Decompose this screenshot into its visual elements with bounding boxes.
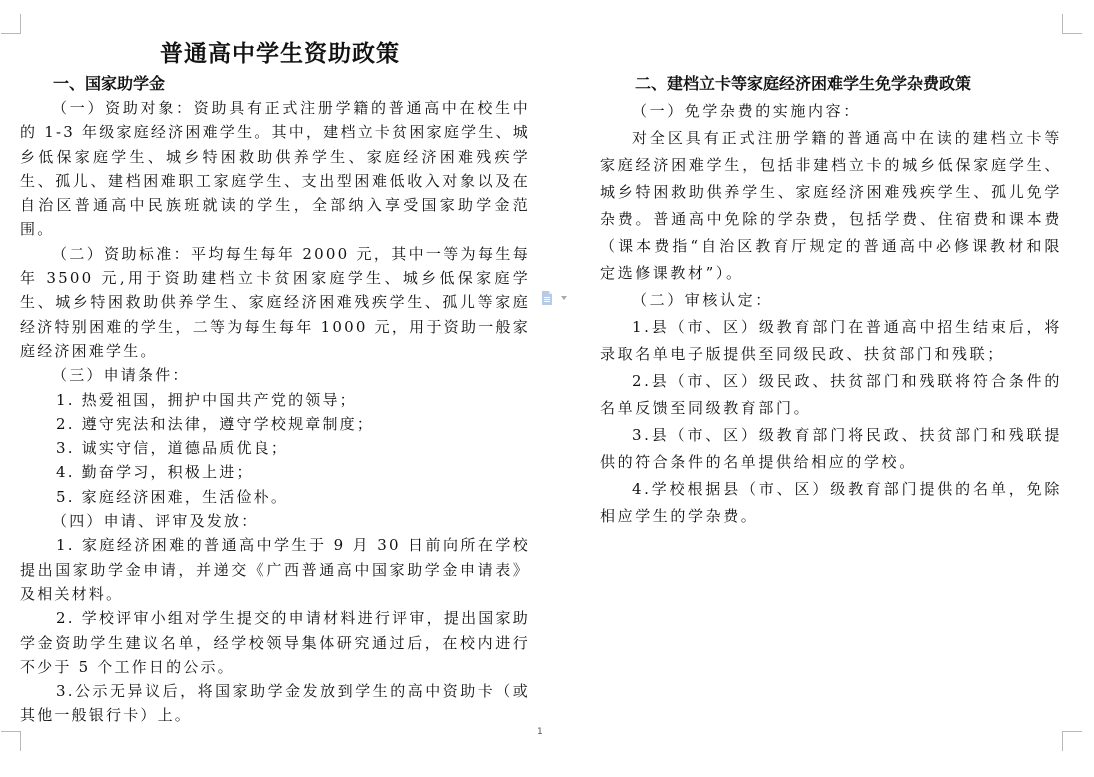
margin-corner-bottom-right [1062, 731, 1082, 751]
sub-heading-review: （二）审核认定： [600, 287, 1062, 314]
sub-heading-content: （一）免学杂费的实施内容： [600, 98, 1062, 125]
section-heading-fee-exemption: 二、建档立卡等家庭经济困难学生免学杂费政策 [600, 70, 1062, 98]
paragraph-apply-heading: （四）申请、评审及发放： [20, 509, 530, 533]
document-note-icon[interactable] [541, 291, 553, 305]
section-heading-national-grant: 一、国家助学金 [20, 72, 530, 96]
review-step: 3.县（市、区）级教育部门将民政、扶贫部门和残联提供的符合条件的名单提供给相应的… [600, 422, 1062, 476]
condition-item: 4. 勤奋学习，积极上进； [20, 460, 530, 484]
condition-item: 5. 家庭经济困难，生活俭朴。 [20, 485, 530, 509]
condition-item: 2. 遵守宪法和法律，遵守学校规章制度； [20, 412, 530, 436]
apply-step: 3.公示无异议后，将国家助学金发放到学生的高中资助卡（或其他一般银行卡）上。 [20, 679, 530, 728]
review-step: 1.县（市、区）级教育部门在普通高中招生结束后，将录取名单电子版提供至同级民政、… [600, 314, 1062, 368]
paragraph-exemption-content: 对全区具有正式注册学籍的普通高中在读的建档立卡等家庭经济困难学生，包括非建档立卡… [600, 125, 1062, 287]
margin-corner-top-left [1, 14, 21, 34]
paragraph-eligibility: （一）资助对象：资助具有正式注册学籍的普通高中在校生中的 1-3 年级家庭经济困… [20, 96, 530, 242]
review-step: 4.学校根据县（市、区）级教育部门提供的名单，免除相应学生的学杂费。 [600, 476, 1062, 530]
page-number: 1 [537, 727, 543, 737]
margin-corner-bottom-left [1, 731, 21, 751]
paragraph-conditions-heading: （三）申请条件： [20, 363, 530, 387]
apply-step: 1. 家庭经济困难的普通高中学生于 9 月 30 日前向所在学校提出国家助学金申… [20, 533, 530, 606]
document-title: 普通高中学生资助政策 [30, 36, 530, 72]
condition-item: 1. 热爱祖国，拥护中国共产党的领导； [20, 388, 530, 412]
right-column: 二、建档立卡等家庭经济困难学生免学杂费政策 （一）免学杂费的实施内容： 对全区具… [600, 70, 1062, 530]
margin-corner-top-right [1062, 14, 1082, 34]
condition-item: 3. 诚实守信，道德品质优良； [20, 436, 530, 460]
paragraph-standard: （二）资助标准：平均每生每年 2000 元，其中一等为每生每年 3500 元,用… [20, 242, 530, 363]
left-column: 普通高中学生资助政策 一、国家助学金 （一）资助对象：资助具有正式注册学籍的普通… [20, 36, 530, 728]
apply-step: 2. 学校评审小组对学生提交的申请材料进行评审，提出国家助学金资助学生建议名单，… [20, 606, 530, 679]
chevron-down-icon[interactable] [561, 296, 567, 300]
review-step: 2.县（市、区）级民政、扶贫部门和残联将符合条件的名单反馈至同级教育部门。 [600, 368, 1062, 422]
